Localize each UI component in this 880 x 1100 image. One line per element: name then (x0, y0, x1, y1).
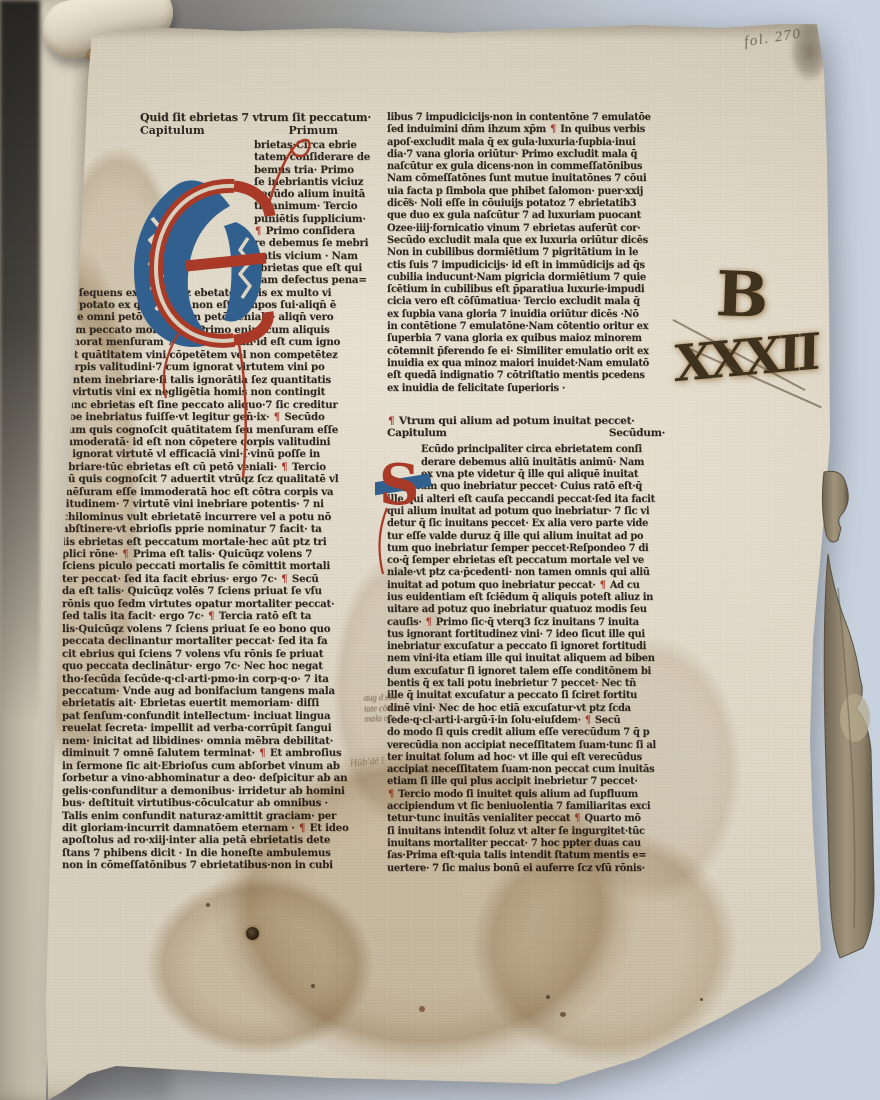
text-line: in ſermone ſic ait·Ebrioſus cum abſorbet… (62, 760, 378, 772)
text-line: uitare ad potuz quo inebriatur quatuoz m… (387, 604, 669, 616)
text-line: antis vicium · Nam (254, 250, 378, 262)
text-line: dia·7 vana gloria oriūtur· Primo excludi… (387, 149, 669, 161)
text-line: peccatum· Vnde aug ad bonifacium tangens… (62, 685, 378, 697)
text-line: detur q̄ ſic inuitans peccet· Ex alia ve… (387, 518, 669, 530)
capitulum-label-2: Capitulum (387, 427, 447, 439)
text-line: cit ebrius qui ſciens 7 volens vſu rōnis… (62, 648, 378, 660)
chapter2-title: ¶ Vtrum qui alium ad potum inuitat pecce… (387, 415, 669, 427)
ink-speck (408, 198, 412, 202)
chapter2-number: Secūdum· (609, 427, 665, 439)
text-line: tetur·tunc inuitās venialiter peccat ¶ Q… (387, 813, 669, 825)
text-line: ex ſupbia vana gloria 7 inuidia oriūtur … (387, 309, 669, 321)
text-line: accipiendum vt ſic beniuolentia 7 famili… (387, 801, 669, 813)
water-stain-bottom-lobe (140, 870, 380, 1060)
text-line: lis·Quicūqz volens 7 ſciens priuat ſe eo… (62, 623, 378, 635)
text-line: que duo ex gula naſcūtur 7 ad luxuriam p… (387, 210, 669, 222)
text-line: rōnis quo ſedm virtutes opatur mortalite… (62, 598, 378, 610)
text-line: Secūdo excludit mala que ex luxuria oriū… (387, 235, 669, 247)
text-line: Nam cōmeſſatōnes ſunt mutue inuitatōnes … (387, 173, 669, 185)
text-line: ſtans 7 phibens dicit · In die honeſte a… (62, 847, 378, 859)
text-line: inmoderatā· id eſt non cōpetere corpis v… (62, 436, 378, 448)
text-line: tum quo inebriatur ſemper peccet·Reſpond… (387, 543, 669, 555)
text-line: bus· deſtituit virtutibus·cōculcatur ab … (62, 797, 378, 809)
text-line: cōtemnit p̄ferendo ſe ei· Similiter emul… (387, 346, 669, 358)
text-column-1: Quid ſit ebrietas 7 vtrum ſit peccatum· … (62, 112, 378, 872)
text-line: da eſt talis· Quicūqz volēs 7 ſciens pri… (62, 585, 378, 597)
text-line: tentem inebriare·ſi talis ignorātia ſez … (62, 374, 378, 386)
text-line: accipiat neceſſitatem ſuam·non peccat cu… (387, 764, 669, 776)
wormhole (246, 927, 259, 940)
col2-body-lines: ad potum quo inebriatur peccet· Cuius ra… (387, 481, 669, 875)
text-line: ad potum quo inebriatur peccet· Cuius ra… (387, 481, 669, 493)
text-line: pat ſenſum·confundit intellectum· inciua… (62, 710, 378, 722)
text-line: ¶ Primo conſidera (254, 225, 378, 237)
marginal-note-1: aug d ebētate cōmitmala oīa (363, 691, 398, 724)
text-line: plici rōne· ¶ Prima eſt talis· Quicūqz v… (62, 548, 378, 560)
text-line: 7 virtutis vini ex negligētia homis non … (62, 386, 378, 398)
text-line: ſine omni petō aliqn̄ cum petō veniali ·… (62, 311, 378, 323)
text-line: uertere· 7 ſic maius bonū ei auferre ſcz… (387, 863, 669, 875)
text-line: inuidia ex qua minoz maiori inuidet·Nam … (387, 358, 669, 370)
incunabulum-photo: Quid ſit ebrietas 7 vtrum ſit peccatum· … (0, 0, 880, 1100)
text-line: ebrietas que eſt qui (254, 262, 378, 274)
text-line: naſcūtur ex gula dicens·non in commeſſat… (387, 161, 669, 173)
text-line: ex vna pte videtur q̄ ille qui aliquē in… (421, 469, 669, 481)
text-line: no potato ex quo homo non eſt compos ſui… (62, 299, 378, 311)
text-line: ebriare·tūc ebrietas eſt cū petō veniali… (62, 461, 378, 473)
ink-speck (206, 903, 210, 907)
text-line: corpis valitudini·7 cum ignorat virtutem… (62, 361, 378, 373)
text-line: co·q̄ ſemper ebrietas eſt peccatum morta… (387, 555, 669, 567)
text-line: noe inebriatus fuiſſe·vt legitur gen̄·ix… (62, 411, 378, 423)
text-line: mēſuram eſſe immoderatā hoc eſt cōtra co… (62, 486, 378, 498)
text-line: Ozee·iiij·fornicatio vinum 7 ebrietas au… (387, 223, 669, 235)
text-line: inuitans mortaliter peccat· 7 hoc ppter … (387, 838, 669, 850)
text-line: ſi inuitans intendit ſoluz vt alter ſe i… (387, 826, 669, 838)
text-line: puniētis ſupplicium· (254, 213, 378, 225)
text-line: ille qui alteri eſt cauſa peccandi pecca… (387, 494, 669, 506)
col1-body-lines: ſis ſequens ex culpa ſez ebetatō rōnis e… (62, 287, 378, 872)
page-wrapper: Quid ſit ebrietas 7 vtrum ſit peccatum· … (0, 0, 880, 1100)
text-line: ſorbetur a vino·abhominatur a deo· deſpi… (62, 772, 378, 784)
text-line: ſcētium in cubilibus eſt p̄paratiua luxu… (387, 284, 669, 296)
text-line: tatem conſiderare de (254, 151, 378, 163)
text-line: apoſ·excludit mala q̄ ex gula·luxuria·ſu… (387, 137, 669, 149)
text-line: dam defectus pena= (254, 274, 378, 286)
col2-top-lines: libus 7 impudicicijs·non in contentōne 7… (387, 112, 669, 395)
ink-speck (560, 1012, 566, 1017)
chapter2-caption-row: Capitulum Secūdum· (387, 427, 669, 439)
text-line: tho·ſecūda ſecūde·q·cl·arti·pmo·in corp·… (62, 673, 378, 685)
text-line: cum quis cognoſcit quātitatem ſeu menſur… (62, 424, 378, 436)
text-line: Secūdo alium inuitā (254, 188, 378, 200)
ink-speck (700, 998, 703, 1001)
text-column-2: libus 7 impudicicijs·non in contentōne 7… (387, 112, 669, 875)
chapter1-heading: Quid ſit ebrietas 7 vtrum ſit peccatum· (62, 112, 378, 124)
text-line: in contētione 7 emulatōne·Nam cōtentio o… (387, 321, 669, 333)
text-line: ſciens piculo peccati mortalis ſe cōmitt… (62, 560, 378, 572)
text-line: lis ebrietas eſt peccatum mortale·hec aū… (62, 536, 378, 548)
ink-speck (311, 984, 315, 988)
text-line: peccata declinantur mortaliter peccat· ſ… (62, 635, 378, 647)
chapter1-title: Quid ſit ebrietas 7 vtrum ſit peccatum· (140, 112, 378, 124)
chapter2-heading: ¶ Vtrum qui alium ad potum inuitat pecce… (387, 415, 669, 440)
chapter1-number: Primum (288, 124, 338, 139)
ink-speck (546, 995, 550, 999)
text-line: reuelat ſecreta· impellit ad verba·corrū… (62, 722, 378, 734)
text-line: cum peccato mortali · ¶ Primo enim cum a… (62, 324, 378, 336)
text-line: ſede·q·cl·arti·i·argū·ī·in ſolu·eiuſdem·… (387, 715, 669, 727)
text-line: do modo ſi quis credit alium eſſe verecū… (387, 727, 669, 739)
text-line: eſt quedā indignatio 7 cōtriſtatio menti… (387, 370, 669, 382)
text-line: ſed induimini dn̄m ihzum xp̄m ¶ In quibu… (387, 124, 669, 136)
gutter-crease (37, 590, 57, 1100)
text-line: nem vini·ita etiam ille qui inuitat aliq… (387, 653, 669, 665)
text-line: ignorat menſuram 7 efficaciaz vini·id eſ… (62, 336, 378, 348)
text-line: niale·vt ptz ca·p̄cedenti· non tamen omn… (387, 567, 669, 579)
text-line: ille q̄ inuitat excuſatur a peccato ſi ſ… (387, 690, 669, 702)
text-line: Ecūdo principaliter circa ebrietatem con… (421, 444, 669, 456)
text-line: 7 ignorat virtutē vl efficaciā vini·ſ·vi… (62, 448, 378, 460)
marginal-note-2: Hūb'dē ĩ (350, 757, 385, 770)
text-line: ter inuitat ſolum ad hoc· vt ille qui eſ… (387, 752, 669, 764)
text-line: abſtinere·vt ebrioſis pprie nominatur 7 … (62, 523, 378, 535)
text-line: apoſtolus ad ro·xiij·inter alia petā ebr… (62, 834, 378, 846)
text-line: cicia vero eſt cōſūmatiua· Tercio exclud… (387, 296, 669, 308)
folio-number: fol. 270 (743, 26, 803, 52)
text-line: Non in cubilibus dormiētium 7 pigritātiu… (387, 247, 669, 259)
text-line: rat quātitatem vini cōpetētem vel non co… (62, 349, 378, 361)
text-line: diminuit 7 omnē ſalutem terminat· ¶ Et a… (62, 747, 378, 759)
text-line: ſuperbia 7 vana gloria ex quibus maioz m… (387, 333, 669, 345)
text-line: brietas·Circa ebrie (254, 139, 378, 151)
text-line: quo peccata declinātur· ergo 7c· Nec hoc… (62, 660, 378, 672)
quire-signature: B XXXII (672, 258, 832, 418)
text-line: ¶ Tercio modo ſi inuitet quis alium ad ſ… (387, 789, 669, 801)
text-line: inuitat ad potum quo inebriatur peccat· … (387, 580, 669, 592)
text-line: ex inuidia de felicitate ſuperioris · (387, 383, 669, 395)
text-line: litudinem· 7 virtutē vini inebriare pote… (62, 498, 378, 510)
text-line: uia facta p ſimbola que phibet ſalomon· … (387, 186, 669, 198)
clasp-strap (808, 468, 880, 988)
text-line: ſed talis ita facit· ergo 7c· ¶ Tercia r… (62, 610, 378, 622)
text-line: ſas·Prima eſt·quia talis intendit ſtatum… (387, 850, 669, 862)
text-line: verecūdia non accipiat neceſſitatem ſuam… (387, 740, 669, 752)
text-line: etiam ſi ille qui plus accipit inebrietu… (387, 776, 669, 788)
dirt-top-edge (90, 22, 820, 40)
text-line: ebrietatis ait· Ebrietas euertit memoria… (62, 697, 378, 709)
text-line: dinē vini· Nec de hoc etiā excuſatur·vt … (387, 703, 669, 715)
text-line: bentis q̄ ex tali potu inebrietur 7 pecc… (387, 678, 669, 690)
chapter1-caption-row: Capitulum Primum (62, 124, 378, 139)
text-line: ſe inebriantis viciuz (254, 176, 378, 188)
text-line: ius euidentiam eſt ſciēdum q̄ aliquis po… (387, 592, 669, 604)
text-line: Talis enim confundit naturaz·amittit gra… (62, 810, 378, 822)
text-line: bemus tria· Primo (254, 164, 378, 176)
text-line: dicēs· Noli eſſe in cōuiuijs potatoz 7 e… (387, 198, 669, 210)
col2-lines-beside-initial: Ecūdo principaliter circa ebrietatem con… (387, 444, 669, 481)
text-line: derare debemus aliū inuitātis animū· Nam (421, 457, 669, 469)
text-line: cubilia inducunt·Nam pigricia dormiētium… (387, 272, 669, 284)
text-line: ter peccat· ſed ita facit ebrius· ergo 7… (62, 573, 378, 585)
text-line: tur eſſe valde duruz q̄ ille qui alium i… (387, 531, 669, 543)
quire-letter: B (715, 257, 770, 332)
col1-lines-beside-initial: brietas·Circa ebrietatem conſiderare deb… (62, 139, 378, 287)
text-line: ctis ſuis 7 impudicicijs· id eſt in immū… (387, 260, 669, 272)
text-line: chilominus vult ebrietatē incurrere vel … (62, 511, 378, 523)
text-line: dit gloriam·incurrit damnatōem eternam ·… (62, 822, 378, 834)
text-line: nem· inicitat ad libidines· omnia mēbra … (62, 735, 378, 747)
text-line: mala oīa (364, 712, 398, 724)
text-line: inebriatur excuſatur a peccato ſi ignore… (387, 641, 669, 653)
manuscript-page: Quid ſit ebrietas 7 vtrum ſit peccatum· … (0, 0, 880, 1100)
text-line: tus ignorant fortitudinez vini· 7 ideo ſ… (387, 629, 669, 641)
text-line: aug d ebē (363, 691, 397, 703)
text-line: qui alium inuitat ad potum quo inebriatu… (387, 506, 669, 518)
ink-speck (419, 1006, 425, 1012)
text-line: gelis·confunditur a demonibus· irridetur… (62, 785, 378, 797)
text-line: tis animum· Tercio (254, 200, 378, 212)
text-line: cū quis cognoſcit 7 aduertit vtrūqz ſcz … (62, 473, 378, 485)
text-line: tunc ebrietas eſt ſine peccato aliquo·7 … (62, 399, 378, 411)
text-line: non in cōmeſſatōnibus 7 ebrietatibus·non… (62, 859, 378, 871)
text-line: re debemus ſe mebri (254, 237, 378, 249)
capitulum-label: Capitulum (140, 124, 205, 139)
text-line: libus 7 impudicicijs·non in contentōne 7… (387, 112, 669, 124)
text-line: dum excuſatur ſi ignoret talem eſſe cond… (387, 666, 669, 678)
text-line: ſis ſequens ex culpa ſez ebetatō rōnis e… (62, 287, 378, 299)
text-line: cauſis· ¶ Primo ſic·q̄ vterq3 ſcz inuita… (387, 617, 669, 629)
